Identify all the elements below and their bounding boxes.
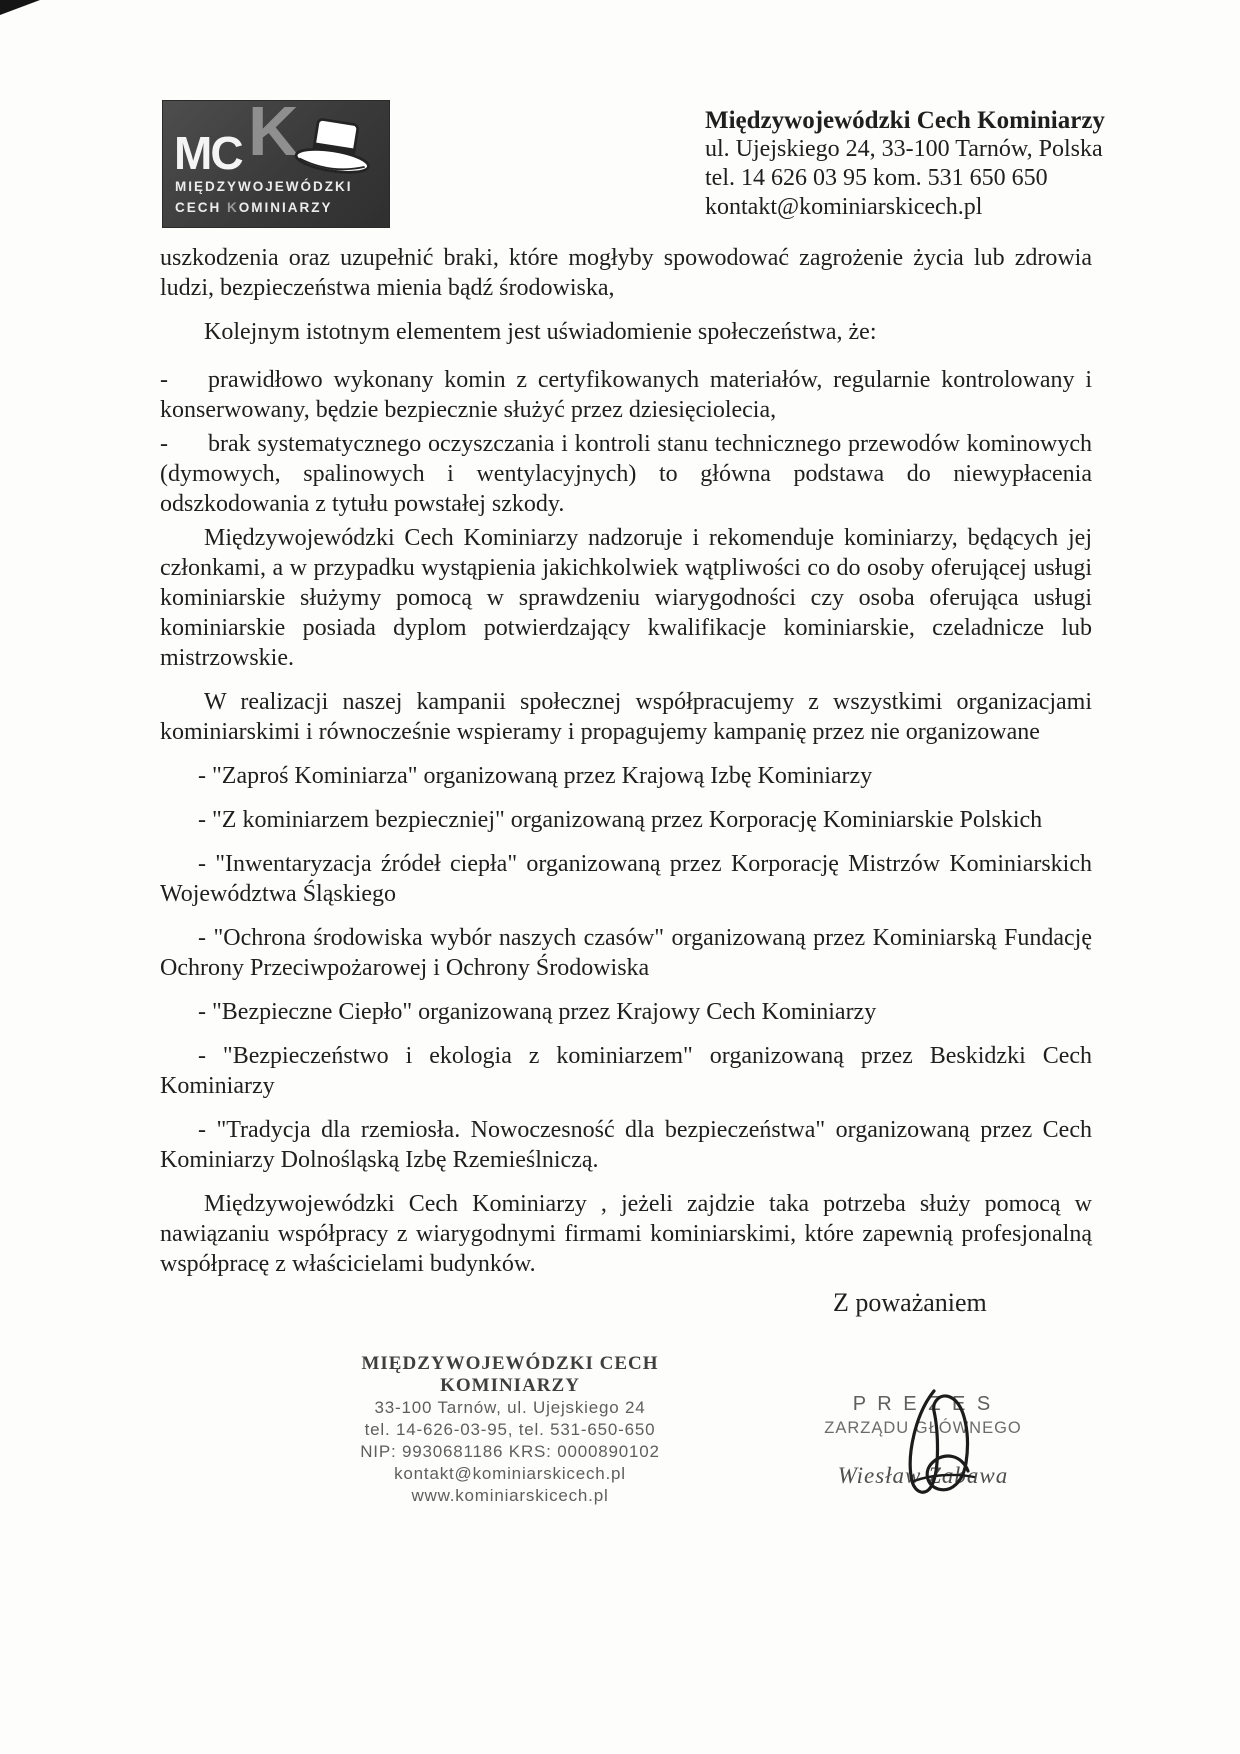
signature-scribble-icon: [896, 1385, 982, 1505]
campaign-item-zapros-kominiarza: - "Zaproś Kominiarza" organizowaną przez…: [160, 761, 1092, 791]
dash-marker: -: [160, 367, 168, 393]
dash-item-certified-chimney: -prawidłowo wykonany komin z certyfikowa…: [160, 365, 1092, 425]
logo-line2-rest: OMINIARZY: [239, 200, 333, 215]
logo-name-line1: MIĘDZYWOJEWÓDZKI: [175, 179, 353, 194]
paragraph-cooperation: Międzywojewódzki Cech Kominiarzy , jeżel…: [160, 1189, 1092, 1279]
campaign-item-z-kominiarzem-bezpieczniej: - "Z kominiarzem bezpieczniej" organizow…: [160, 805, 1092, 835]
letterhead: Międzywojewódzki Cech Kominiarzy ul. Uje…: [705, 106, 1105, 222]
dash-item-text: prawidłowo wykonany komin z certyfikowan…: [160, 367, 1092, 423]
scan-corner-artifact: [0, 0, 40, 15]
org-stamp-title: MIĘDZYWOJEWÓDZKI CECH KOMINIARZY: [322, 1353, 698, 1397]
dash-item-text: brak systematycznego oczyszczania i kont…: [160, 431, 1092, 517]
campaign-item-tradycja-dla-rzemiosla: - "Tradycja dla rzemiosła. Nowoczesność …: [160, 1115, 1092, 1175]
letter-body: uszkodzenia oraz uzupełnić braki, które …: [160, 243, 1092, 1293]
letterhead-email: kontakt@kominiarskicech.pl: [705, 193, 1105, 222]
letterhead-address: ul. Ujejskiego 24, 33-100 Tarnów, Polska: [705, 135, 1105, 164]
org-stamp-phones: tel. 14-626-03-95, tel. 531-650-650: [322, 1419, 698, 1441]
top-hat-icon: [288, 118, 380, 182]
org-address-stamp: MIĘDZYWOJEWÓDZKI CECH KOMINIARZY 33-100 …: [322, 1353, 698, 1507]
dash-item-lack-of-cleaning: -brak systematycznego oczyszczania i kon…: [160, 429, 1092, 519]
campaign-item-inwentaryzacja-zrodel-ciepla: - "Inwentaryzacja źródeł ciepła" organiz…: [160, 849, 1092, 909]
logo-mc-letters: MC: [174, 130, 242, 176]
org-stamp-website: www.kominiarskicech.pl: [322, 1485, 698, 1507]
organization-logo: K MC MIĘDZYWOJEWÓDZKI CECH KOMINIARZY: [162, 100, 390, 228]
logo-name-line2: CECH KOMINIARZY: [175, 200, 333, 215]
paragraph-damage: uszkodzenia oraz uzupełnić braki, które …: [160, 243, 1092, 303]
paragraph-awareness: Kolejnym istotnym elementem jest uświado…: [160, 317, 1092, 347]
org-stamp-email: kontakt@kominiarskicech.pl: [322, 1463, 698, 1485]
campaign-item-bezpieczenstwo-i-ekologia: - "Bezpieczeństwo i ekologia z kominiarz…: [160, 1041, 1092, 1101]
logo-line2-cech: CECH: [175, 200, 227, 215]
paragraph-supervision: Międzywojewódzki Cech Kominiarzy nadzoru…: [160, 523, 1092, 673]
org-stamp-address: 33-100 Tarnów, ul. Ujejskiego 24: [322, 1397, 698, 1419]
logo-line2-k: K: [227, 200, 239, 215]
org-stamp-nip-krs: NIP: 9930681186 KRS: 0000890102: [322, 1441, 698, 1463]
paragraph-campaign-intro: W realizacji naszej kampanii społecznej …: [160, 687, 1092, 747]
valediction: Z poważaniem: [833, 1288, 987, 1318]
scanned-letter-page: K MC MIĘDZYWOJEWÓDZKI CECH KOMINIARZY Mi…: [0, 0, 1240, 1754]
campaign-item-bezpieczne-cieplo: - "Bezpieczne Ciepło" organizowaną przez…: [160, 997, 1092, 1027]
dash-marker: -: [160, 431, 168, 457]
letterhead-org-name: Międzywojewódzki Cech Kominiarzy: [705, 106, 1105, 135]
letterhead-phone: tel. 14 626 03 95 kom. 531 650 650: [705, 164, 1105, 193]
campaign-item-ochrona-srodowiska: - "Ochrona środowiska wybór naszych czas…: [160, 923, 1092, 983]
